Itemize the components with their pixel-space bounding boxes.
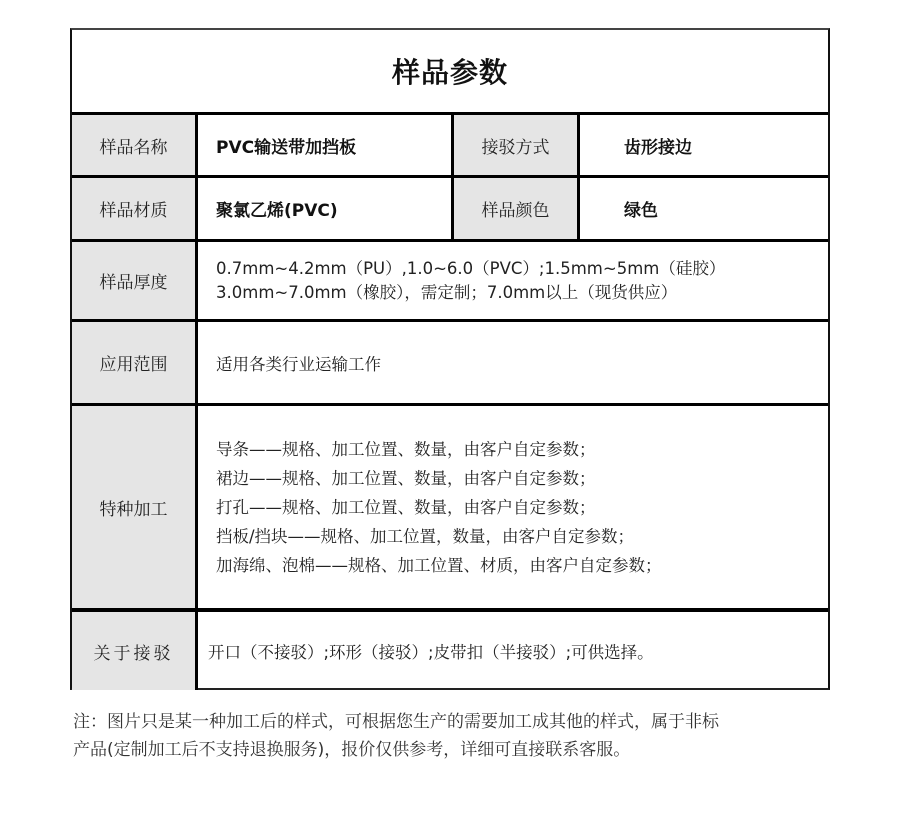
- table-row-special-processing: 特种加工 导条——规格、加工位置、数量，由客户自定参数； 裙边——规格、加工位置…: [72, 406, 828, 612]
- processing-line: 导条——规格、加工位置、数量，由客户自定参数；: [216, 435, 662, 464]
- thickness-line: 0.7mm~4.2mm（PU）,1.0~6.0（PVC）;1.5mm~5mm（硅…: [216, 257, 725, 281]
- footnote-line: 产品(定制加工后不支持退换服务)，报价仅供参考，详细可直接联系客服。: [73, 736, 833, 764]
- label-color: 样品颜色: [454, 178, 580, 239]
- thickness-line: 3.0mm~7.0mm（橡胶），需定制；7.0mm以上（现货供应）: [216, 281, 725, 305]
- value-application: 适用各类行业运输工作: [198, 322, 828, 403]
- table-row-thickness: 样品厚度 0.7mm~4.2mm（PU）,1.0~6.0（PVC）;1.5mm~…: [72, 242, 828, 322]
- label-special-processing: 特种加工: [72, 406, 198, 608]
- label-sample-name: 样品名称: [72, 115, 198, 175]
- value-sample-name: PVC输送带加挡板: [198, 115, 454, 175]
- table-row-about-joint: 关于接驳 开口（不接驳）;环形（接驳）;皮带扣（半接驳）;可供选择。: [72, 612, 828, 690]
- table-row-sample-name: 样品名称 PVC输送带加挡板 接驳方式 齿形接边: [72, 115, 828, 178]
- label-joint-method: 接驳方式: [454, 115, 580, 175]
- label-thickness: 样品厚度: [72, 242, 198, 319]
- value-material: 聚氯乙烯(PVC): [198, 178, 454, 239]
- processing-line: 打孔——规格、加工位置、数量，由客户自定参数；: [216, 493, 662, 522]
- table-row-material: 样品材质 聚氯乙烯(PVC) 样品颜色 绿色: [72, 178, 828, 242]
- processing-line: 挡板/挡块——规格、加工位置，数量，由客户自定参数；: [216, 522, 662, 551]
- value-color: 绿色: [580, 178, 828, 239]
- value-about-joint: 开口（不接驳）;环形（接驳）;皮带扣（半接驳）;可供选择。: [198, 612, 828, 690]
- label-about-joint: 关于接驳: [72, 612, 198, 690]
- value-special-processing: 导条——规格、加工位置、数量，由客户自定参数； 裙边——规格、加工位置、数量，由…: [198, 406, 828, 608]
- title-row: 样品参数: [72, 30, 828, 115]
- processing-line: 加海绵、泡棉——规格、加工位置、材质，由客户自定参数；: [216, 551, 662, 580]
- value-joint-method: 齿形接边: [580, 115, 828, 175]
- label-material: 样品材质: [72, 178, 198, 239]
- table-title: 样品参数: [72, 30, 828, 112]
- spec-table: 样品参数 样品名称 PVC输送带加挡板 接驳方式 齿形接边 样品材质 聚氯乙烯(…: [70, 28, 830, 690]
- value-thickness: 0.7mm~4.2mm（PU）,1.0~6.0（PVC）;1.5mm~5mm（硅…: [198, 242, 828, 319]
- table-row-application: 应用范围 适用各类行业运输工作: [72, 322, 828, 406]
- footnote: 注：图片只是某一种加工后的样式，可根据您生产的需要加工成其他的样式，属于非标 产…: [73, 708, 833, 764]
- processing-line: 裙边——规格、加工位置、数量，由客户自定参数；: [216, 464, 662, 493]
- label-application: 应用范围: [72, 322, 198, 403]
- footnote-line: 注：图片只是某一种加工后的样式，可根据您生产的需要加工成其他的样式，属于非标: [73, 708, 833, 736]
